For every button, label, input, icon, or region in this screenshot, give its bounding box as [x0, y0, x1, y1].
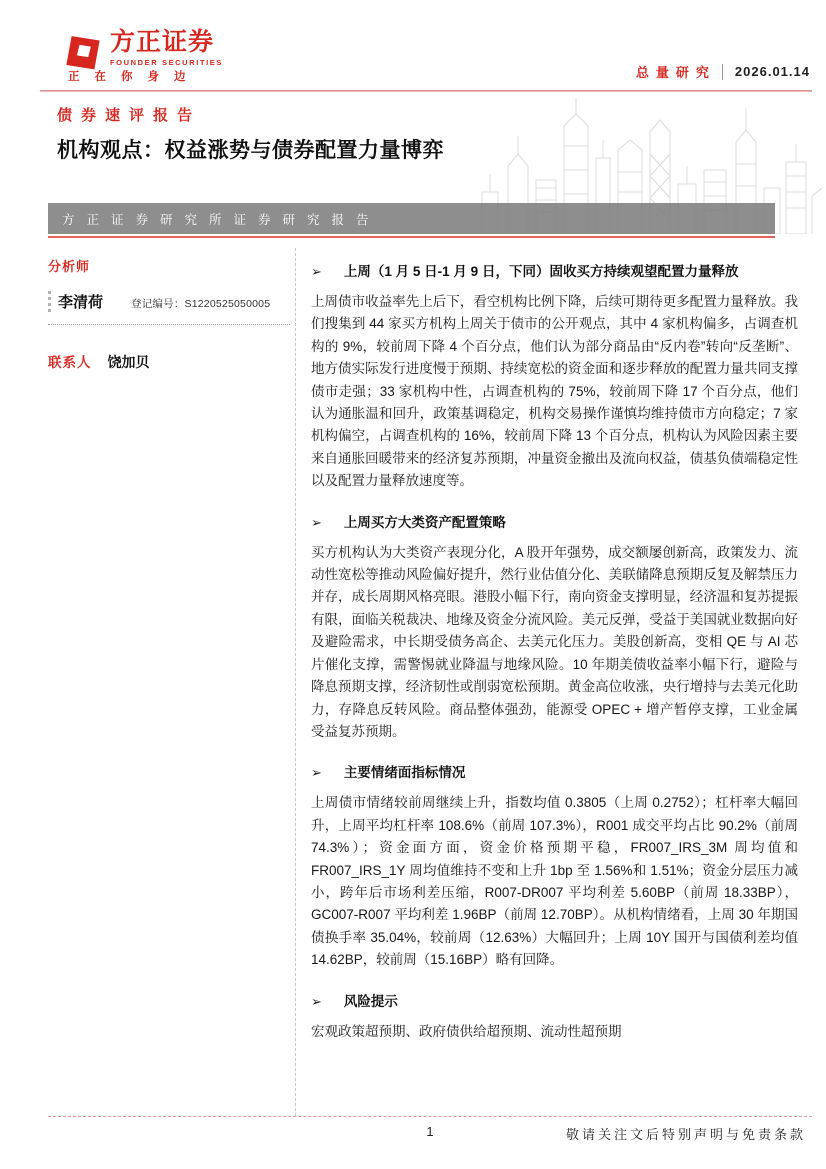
contact-row: 联系人 饶加贝 [48, 351, 290, 372]
section-heading-text: 上周（1 月 5 日-1 月 9 日，下同）固收买方持续观望配置力量释放 [344, 260, 739, 280]
brand-logo: 方正证券 FOUNDER SECURITIES [62, 30, 223, 72]
section-paragraph: 宏观政策超预期、政府债供给超预期、流动性超预期 [311, 1021, 798, 1043]
section-buyside-views: ➢ 上周（1 月 5 日-1 月 9 日，下同）固收买方持续观望配置力量释放 上… [311, 260, 798, 493]
dotted-spine [48, 291, 51, 312]
research-category: 总量研究 [636, 62, 716, 81]
bullet-arrow-icon: ➢ [311, 264, 322, 280]
founder-securities-logo-icon [62, 30, 104, 72]
institute-banner-text: 方正证券研究所证券研究报告 [48, 210, 381, 228]
section-heading-text: 风险提示 [344, 990, 398, 1010]
bullet-arrow-icon: ➢ [311, 515, 322, 531]
contact-label: 联系人 [48, 351, 92, 371]
footer-disclaimer: 敬请关注文后特别声明与免责条款 [566, 1124, 806, 1143]
header-right: 总量研究 2026.01.14 [636, 62, 810, 81]
section-paragraph: 买方机构认为大类资产表现分化，A 股开年强势，成交额屡创新高，政策发力、流动性宽… [311, 542, 798, 744]
section-sentiment-indicators: ➢ 主要情绪面指标情况 上周债市情绪较前周继续上升，指数均值 0.3805（上周… [311, 761, 798, 971]
section-heading-text: 上周买方大类资产配置策略 [344, 511, 506, 531]
banner-rule [48, 236, 775, 238]
brand-name-en: FOUNDER SECURITIES [110, 59, 223, 67]
brand-slogan: 正在你身边 [68, 68, 201, 84]
section-heading: ➢ 风险提示 [311, 990, 798, 1010]
section-heading: ➢ 上周买方大类资产配置策略 [311, 511, 798, 531]
report-body: ➢ 上周（1 月 5 日-1 月 9 日，下同）固收买方持续观望配置力量释放 上… [311, 260, 798, 1061]
report-type-label: 债券速评报告 [57, 104, 201, 125]
report-title: 机构观点：权益涨势与债券配置力量博弈 [57, 134, 444, 164]
section-heading: ➢ 上周（1 月 5 日-1 月 9 日，下同）固收买方持续观望配置力量释放 [311, 260, 798, 280]
report-date: 2026.01.14 [735, 64, 810, 79]
section-risk-warning: ➢ 风险提示 宏观政策超预期、政府债供给超预期、流动性超预期 [311, 990, 798, 1043]
bullet-arrow-icon: ➢ [311, 765, 322, 781]
brand-name-cn: 方正证券 [110, 30, 223, 55]
analyst-name: 李清荷 [58, 291, 103, 312]
bullet-arrow-icon: ➢ [311, 994, 322, 1010]
section-paragraph: 上周债市情绪较前周继续上升，指数均值 0.3805（上周 0.2752）；杠杆率… [311, 792, 798, 971]
column-divider [295, 248, 296, 1116]
section-paragraph: 上周债市收益率先上后下，看空机构比例下降，后续可期待更多配置力量释放。我们搜集到… [311, 291, 798, 493]
section-asset-allocation: ➢ 上周买方大类资产配置策略 买方机构认为大类资产表现分化，A 股开年强势，成交… [311, 511, 798, 744]
author-sidebar: 分析师 李清荷 登记编号：S1220525050005 联系人 饶加贝 [48, 256, 290, 372]
institute-banner: 方正证券研究所证券研究报告 [48, 203, 775, 234]
analyst-registration-id: 登记编号：S1220525050005 [131, 296, 270, 311]
header-rule [40, 90, 812, 92]
section-heading-text: 主要情绪面指标情况 [344, 761, 466, 781]
section-heading: ➢ 主要情绪面指标情况 [311, 761, 798, 781]
analyst-row: 李清荷 登记编号：S1220525050005 [48, 291, 290, 325]
footer-rule [48, 1116, 812, 1117]
analyst-label: 分析师 [48, 256, 290, 275]
header-separator [722, 64, 723, 80]
contact-name: 饶加贝 [108, 352, 150, 372]
report-page: 方正证券 FOUNDER SECURITIES 正在你身边 总量研究 2026.… [0, 0, 826, 1169]
